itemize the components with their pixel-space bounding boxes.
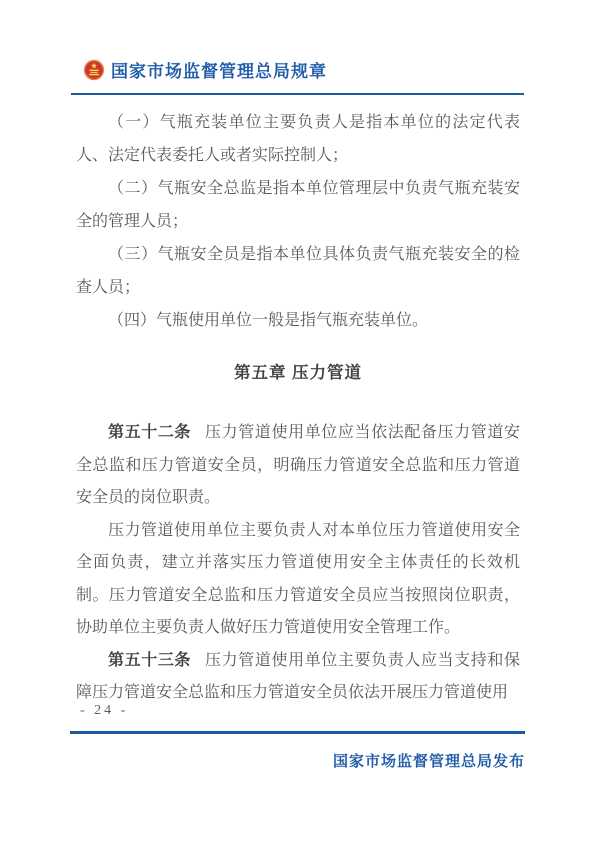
article-53-paragraph: 第五十三条压力管道使用单位主要负责人应当支持和保障压力管道安全总监和压力管道安全… xyxy=(76,645,520,710)
article-52-paragraph: 第五十二条压力管道使用单位应当依法配备压力管道安全总监和压力管道安全员，明确压力… xyxy=(76,417,520,515)
article-53-number: 第五十三条 xyxy=(108,652,205,669)
clause-item-4: （四）气瓶使用单位一般是指气瓶充装单位。 xyxy=(76,304,520,337)
document-page: 国家市场监督管理总局规章 （一）气瓶充装单位主要负责人是指本单位的法定代表人、法… xyxy=(0,0,595,842)
article-52-number: 第五十二条 xyxy=(108,424,205,441)
footer-divider xyxy=(70,731,525,734)
china-national-emblem-icon xyxy=(83,59,105,81)
clause-item-2: （二）气瓶安全总监是指本单位管理层中负责气瓶充装安全的管理人员； xyxy=(76,172,520,238)
clause-item-3: （三）气瓶安全员是指本单位具体负责气瓶充装安全的检查人员； xyxy=(76,238,520,304)
page-number: - 24 - xyxy=(80,703,128,719)
article-52-paragraph-2: 压力管道使用单位主要负责人对本单位压力管道使用安全全面负责，建立并落实压力管道使… xyxy=(76,515,520,645)
publisher-label: 国家市场监督管理总局发布 xyxy=(70,750,525,771)
clause-item-1: （一）气瓶充装单位主要负责人是指本单位的法定代表人、法定代表委托人或者实际控制人… xyxy=(76,106,520,172)
article-52-2-text: 压力管道使用单位主要负责人对本单位压力管道使用安全全面负责，建立并落实压力管道使… xyxy=(76,522,520,637)
document-body: （一）气瓶充装单位主要负责人是指本单位的法定代表人、法定代表委托人或者实际控制人… xyxy=(76,106,520,710)
chapter-heading: 第五章 压力管道 xyxy=(76,357,520,390)
header-title: 国家市场监督管理总局规章 xyxy=(111,57,327,82)
header-divider xyxy=(71,93,524,95)
page-header: 国家市场监督管理总局规章 xyxy=(83,57,327,82)
